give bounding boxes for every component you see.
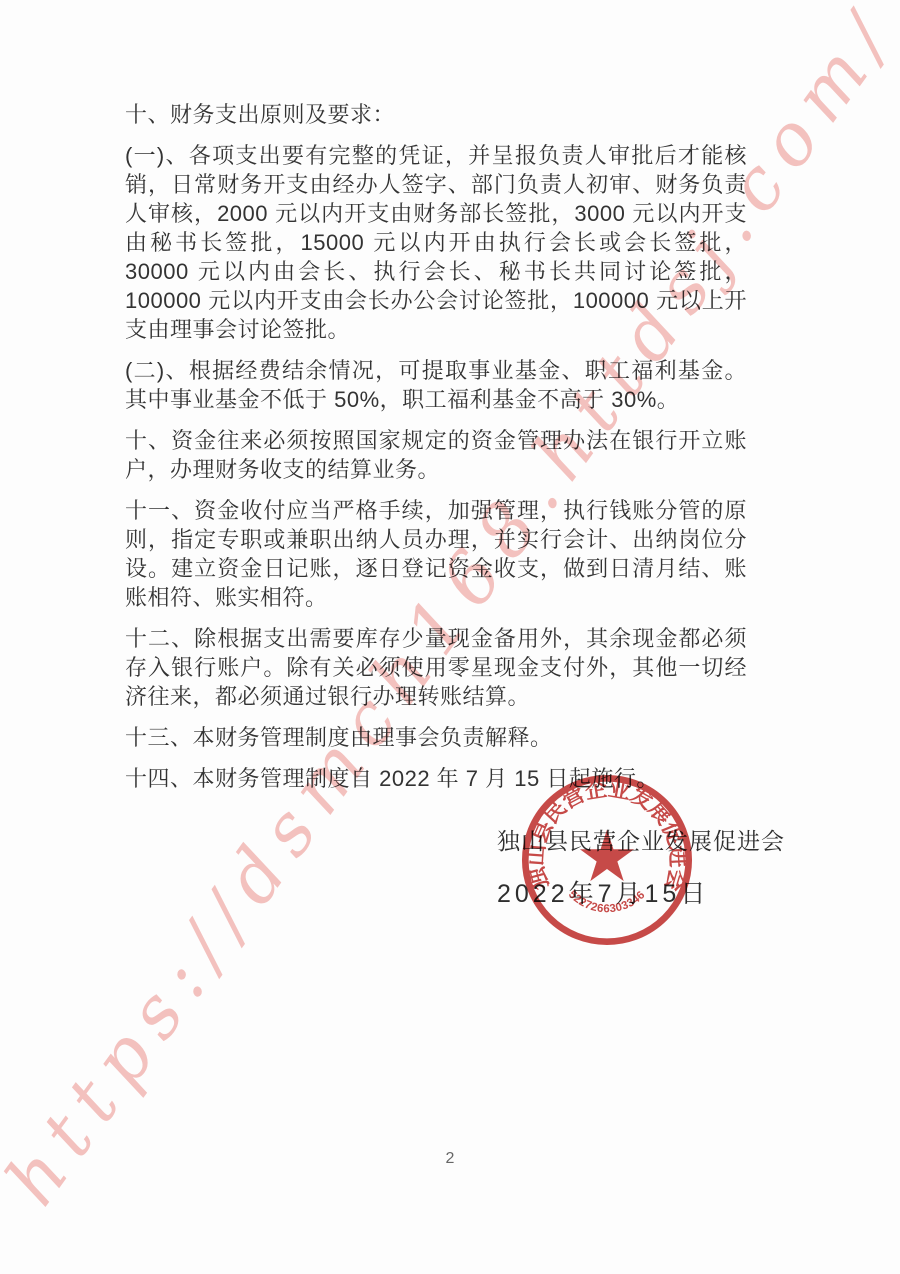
paragraph-item-2: (二)、根据经费结余情况，可提取事业基金、职工福利基金。其中事业基金不低于 50… <box>125 356 747 414</box>
paragraph-item-1: (一)、各项支出要有完整的凭证，并呈报负责人审批后才能核销，日常财务开支由经办人… <box>125 141 747 344</box>
seal-number: 5227266303346 <box>566 889 648 916</box>
document-page: 十、财务支出原则及要求： (一)、各项支出要有完整的凭证，并呈报负责人审批后才能… <box>0 0 900 1274</box>
paragraph-clause-12: 十二、除根据支出需要库存少量现金备用外，其余现金都必须存入银行账户。除有关必须使… <box>125 624 747 711</box>
page-number: 2 <box>0 1150 900 1168</box>
paragraph-clause-11: 十一、资金收付应当严格手续，加强管理，执行钱账分管的原则，指定专职或兼职出纳人员… <box>125 496 747 612</box>
official-seal: 独山县民营企业发展促进会 5227266303346 <box>512 765 702 955</box>
seal-star-icon <box>580 830 634 882</box>
document-body: 十、财务支出原则及要求： (一)、各项支出要有完整的凭证，并呈报负责人审批后才能… <box>125 100 747 805</box>
paragraph-clause-13: 十三、本财务管理制度由理事会负责解释。 <box>125 723 747 752</box>
section-heading: 十、财务支出原则及要求： <box>125 100 747 129</box>
paragraph-clause-10: 十、资金往来必须按照国家规定的资金管理办法在银行开立账户，办理财务收支的结算业务… <box>125 426 747 484</box>
